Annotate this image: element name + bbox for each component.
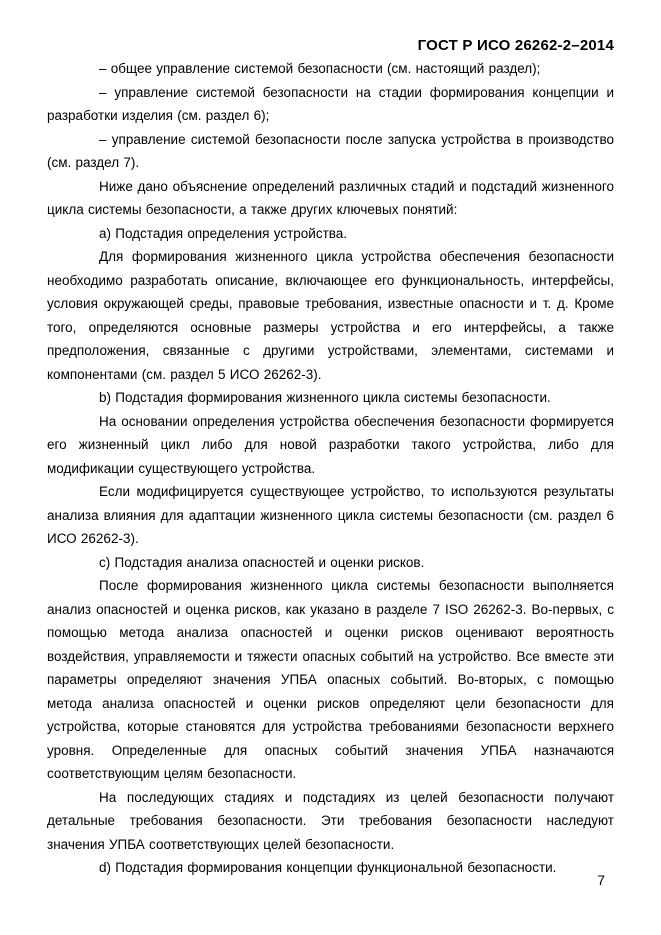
lettered-item: a) Подстадия определения устройства. — [47, 222, 614, 246]
body-paragraph: После формирования жизненного цикла сист… — [47, 574, 614, 786]
document-body: – общее управление системой безопасности… — [47, 57, 614, 880]
body-paragraph: Для формирования жизненного цикла устрой… — [47, 245, 614, 386]
document-page: ГОСТ Р ИСО 26262-2–2014 – общее управлен… — [0, 0, 661, 935]
lettered-item: d) Подстадия формирования концепции функ… — [47, 856, 614, 880]
list-item-dash: – общее управление системой безопасности… — [47, 57, 614, 81]
body-paragraph: Если модифицируется существующее устройс… — [47, 480, 614, 551]
lettered-item: b) Подстадия формирования жизненного цик… — [47, 386, 614, 410]
body-paragraph: На последующих стадиях и подстадиях из ц… — [47, 786, 614, 857]
body-paragraph: Ниже дано объяснение определений различн… — [47, 175, 614, 222]
list-item-dash: – управление системой безопасности после… — [47, 128, 614, 175]
list-item-dash: – управление системой безопасности на ст… — [47, 81, 614, 128]
page-number: 7 — [597, 872, 605, 888]
lettered-item: c) Подстадия анализа опасностей и оценки… — [47, 551, 614, 575]
body-paragraph: На основании определения устройства обес… — [47, 410, 614, 481]
document-header: ГОСТ Р ИСО 26262-2–2014 — [47, 38, 614, 54]
